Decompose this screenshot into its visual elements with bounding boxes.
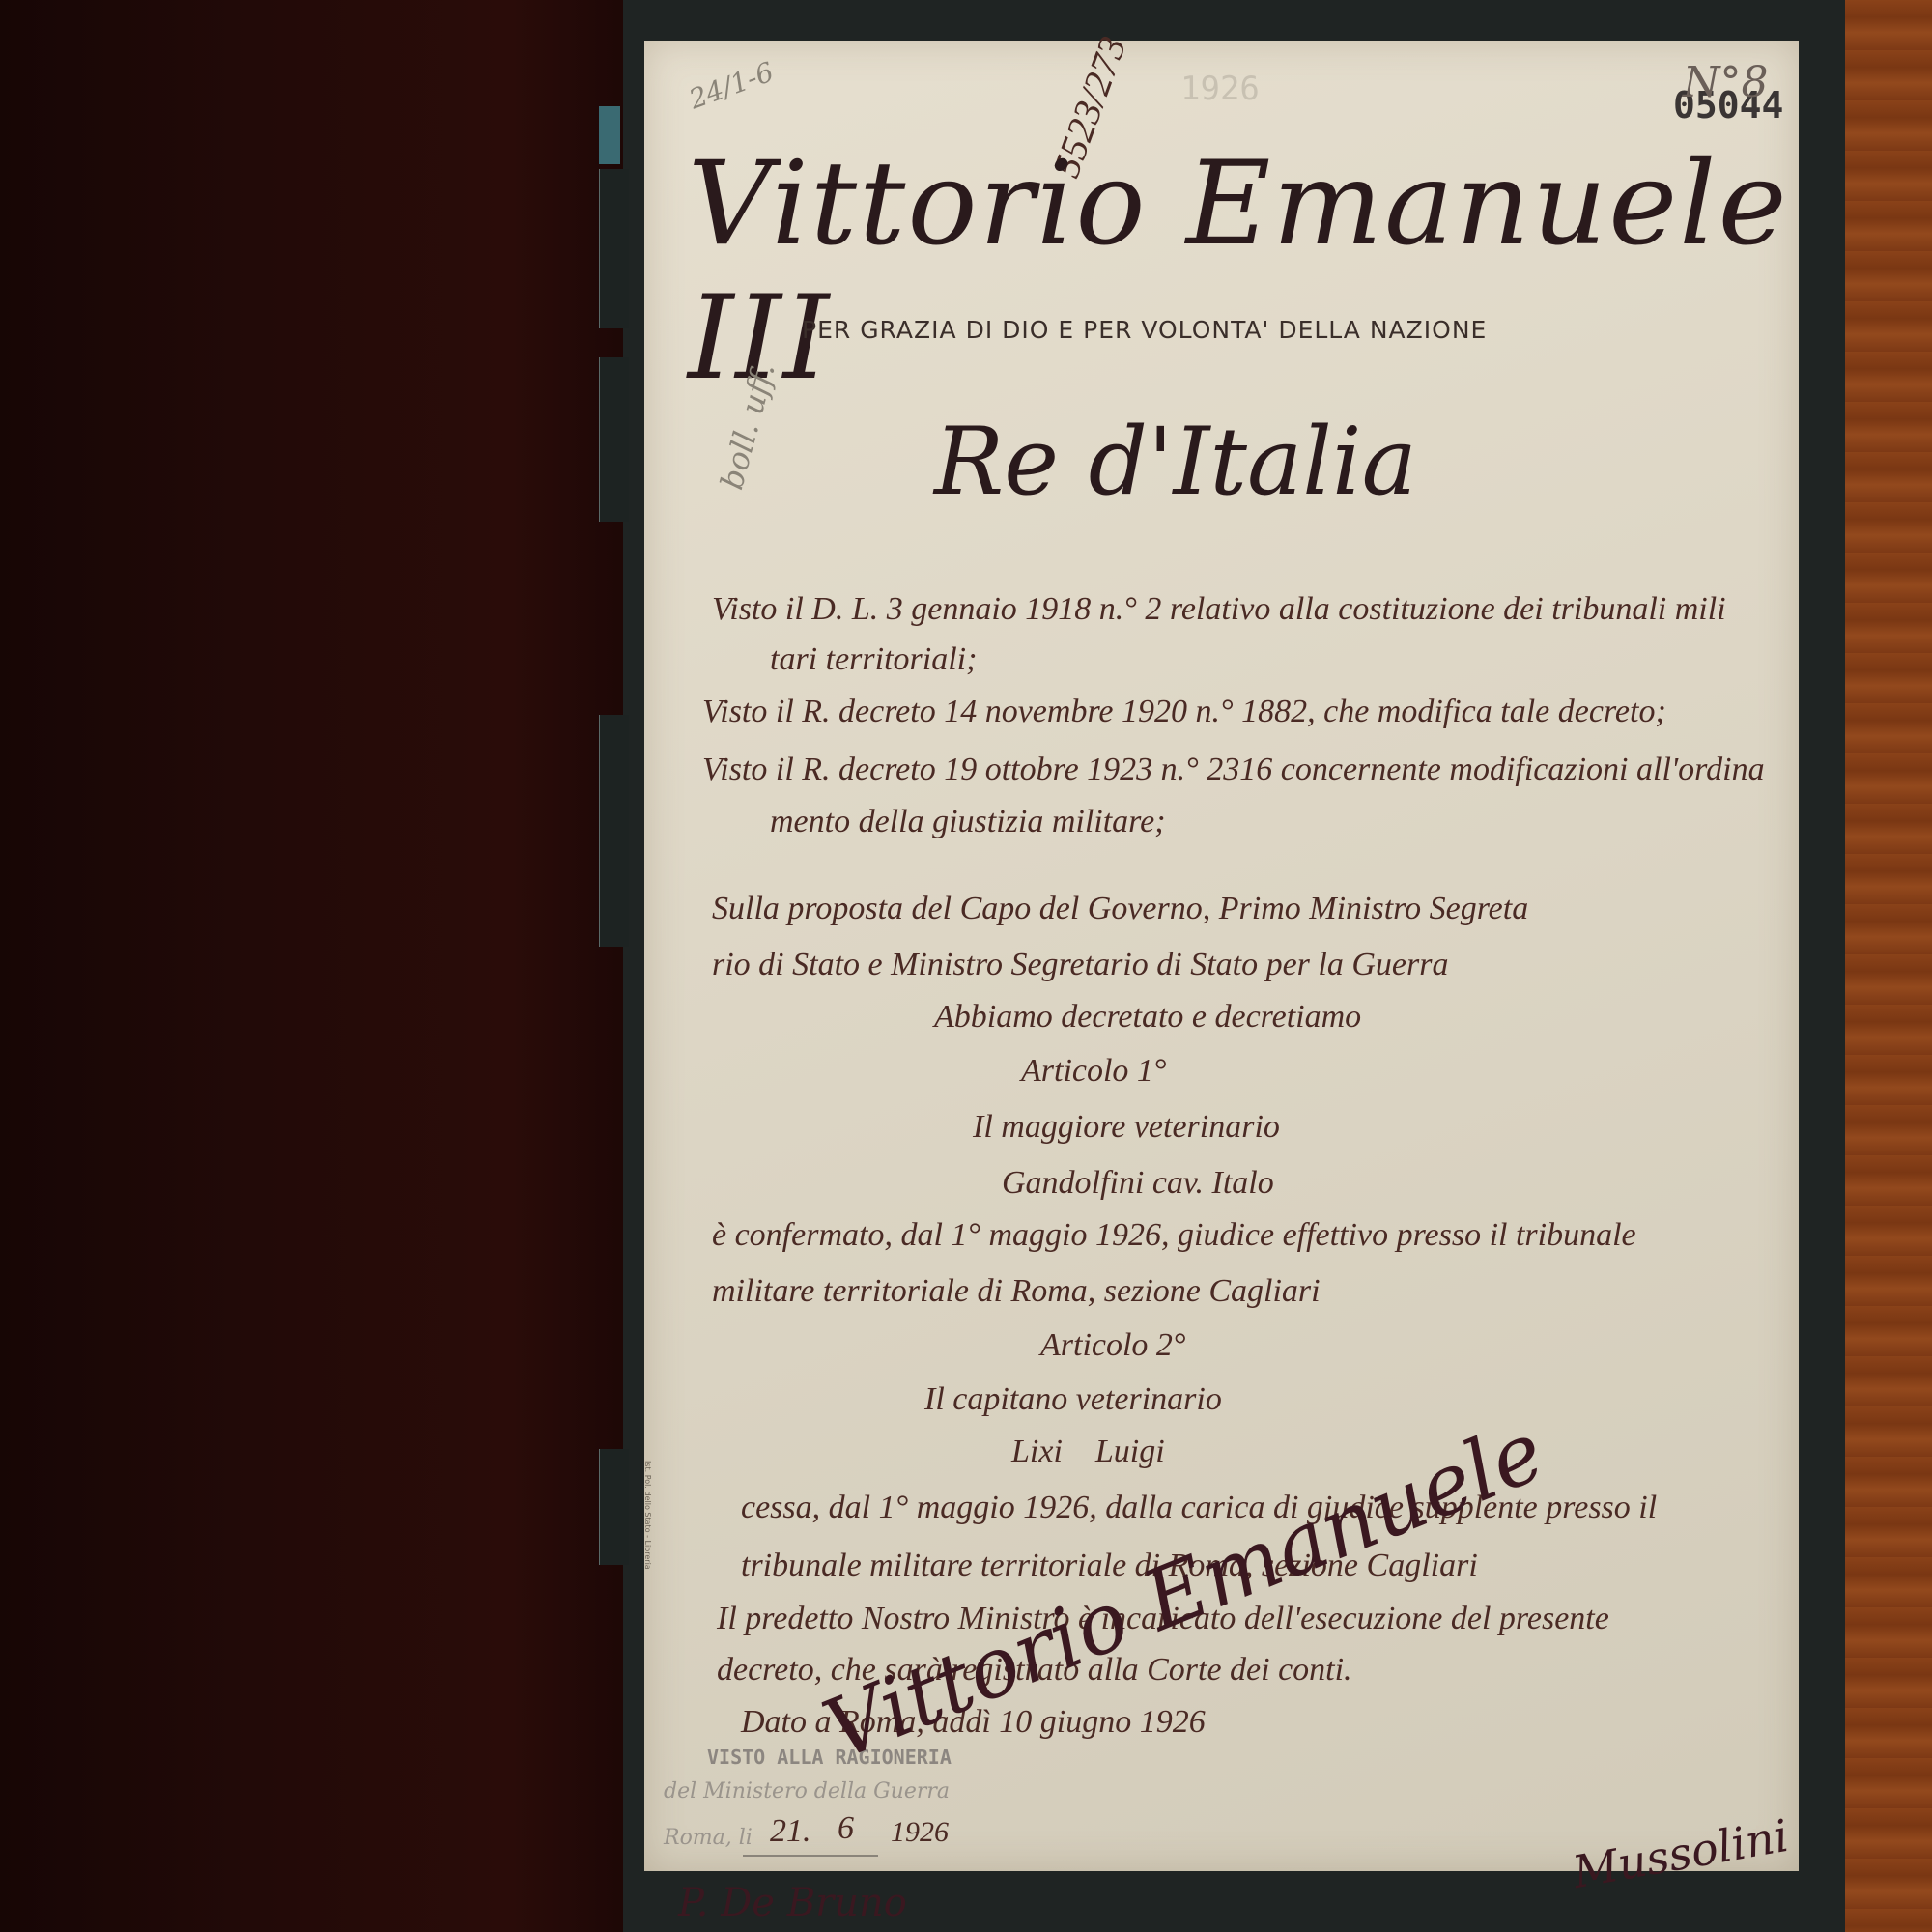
- preamble-line: tari territoriali;: [770, 641, 977, 678]
- ragioneria-underline: [743, 1855, 878, 1857]
- printer-imprint: Ist. Pol. dello Stato - Libreria: [643, 1461, 652, 1570]
- faded-date-stamp: 1926: [1180, 70, 1260, 108]
- ragioneria-stamp-place: Roma, li: [664, 1826, 753, 1850]
- article-1-name: Gandolfini cav. Italo: [1002, 1165, 1274, 1202]
- ragioneria-stamp-line2: del Ministero della Guerra: [664, 1779, 950, 1804]
- accountant-signature: P. De Bruno: [678, 1881, 907, 1925]
- backing-tab: [599, 357, 629, 522]
- subtitle-caps: PER GRAZIA DI DIO E PER VOLONTA' DELLA N…: [802, 316, 1487, 344]
- ragioneria-year: 1926: [891, 1816, 949, 1849]
- decree-formula: Abbiamo decretato e decretiamo: [934, 999, 1361, 1036]
- preamble-line: Visto il R. decreto 19 ottobre 1923 n.° …: [702, 752, 1765, 788]
- backing-tab: [599, 1449, 629, 1565]
- proposal-line: rio di Stato e Ministro Segretario di St…: [712, 947, 1448, 983]
- ragioneria-day: 21.: [770, 1813, 811, 1850]
- wooden-table-right: [1840, 0, 1932, 1932]
- margin-pencil-note-top: 24/1-6: [685, 56, 778, 116]
- article-1-rank: Il maggiore veterinario: [973, 1109, 1280, 1146]
- backing-tab: [599, 169, 629, 328]
- wooden-table-left: [0, 0, 638, 1932]
- torn-edge: [599, 106, 620, 164]
- sovereign-name: Vittorio Emanuele III: [688, 137, 1799, 406]
- article-2-heading: Articolo 2°: [1040, 1327, 1186, 1364]
- sheet-number: N°8: [1683, 58, 1769, 107]
- article-1-body: militare territoriale di Roma, sezione C…: [712, 1273, 1321, 1310]
- title-re-d-italia: Re d'Italia: [934, 408, 1417, 516]
- article-2-name: Lixi Luigi: [1011, 1434, 1165, 1470]
- decree-document: 24/1-6 5523/273 1926 05044 N°8 Vittorio …: [644, 41, 1799, 1871]
- preamble-line: Visto il D. L. 3 gennaio 1918 n.° 2 rela…: [712, 591, 1726, 628]
- ragioneria-month: 6: [838, 1810, 854, 1847]
- article-1-heading: Articolo 1°: [1021, 1053, 1167, 1090]
- preamble-line: mento della giustizia militare;: [770, 804, 1166, 840]
- article-2-rank: Il capitano veterinario: [924, 1381, 1222, 1418]
- article-1-body: è confermato, dal 1° maggio 1926, giudic…: [712, 1217, 1636, 1254]
- preamble-line: Visto il R. decreto 14 novembre 1920 n.°…: [702, 694, 1666, 730]
- proposal-line: Sulla proposta del Capo del Governo, Pri…: [712, 891, 1528, 927]
- backing-tab: [599, 715, 629, 947]
